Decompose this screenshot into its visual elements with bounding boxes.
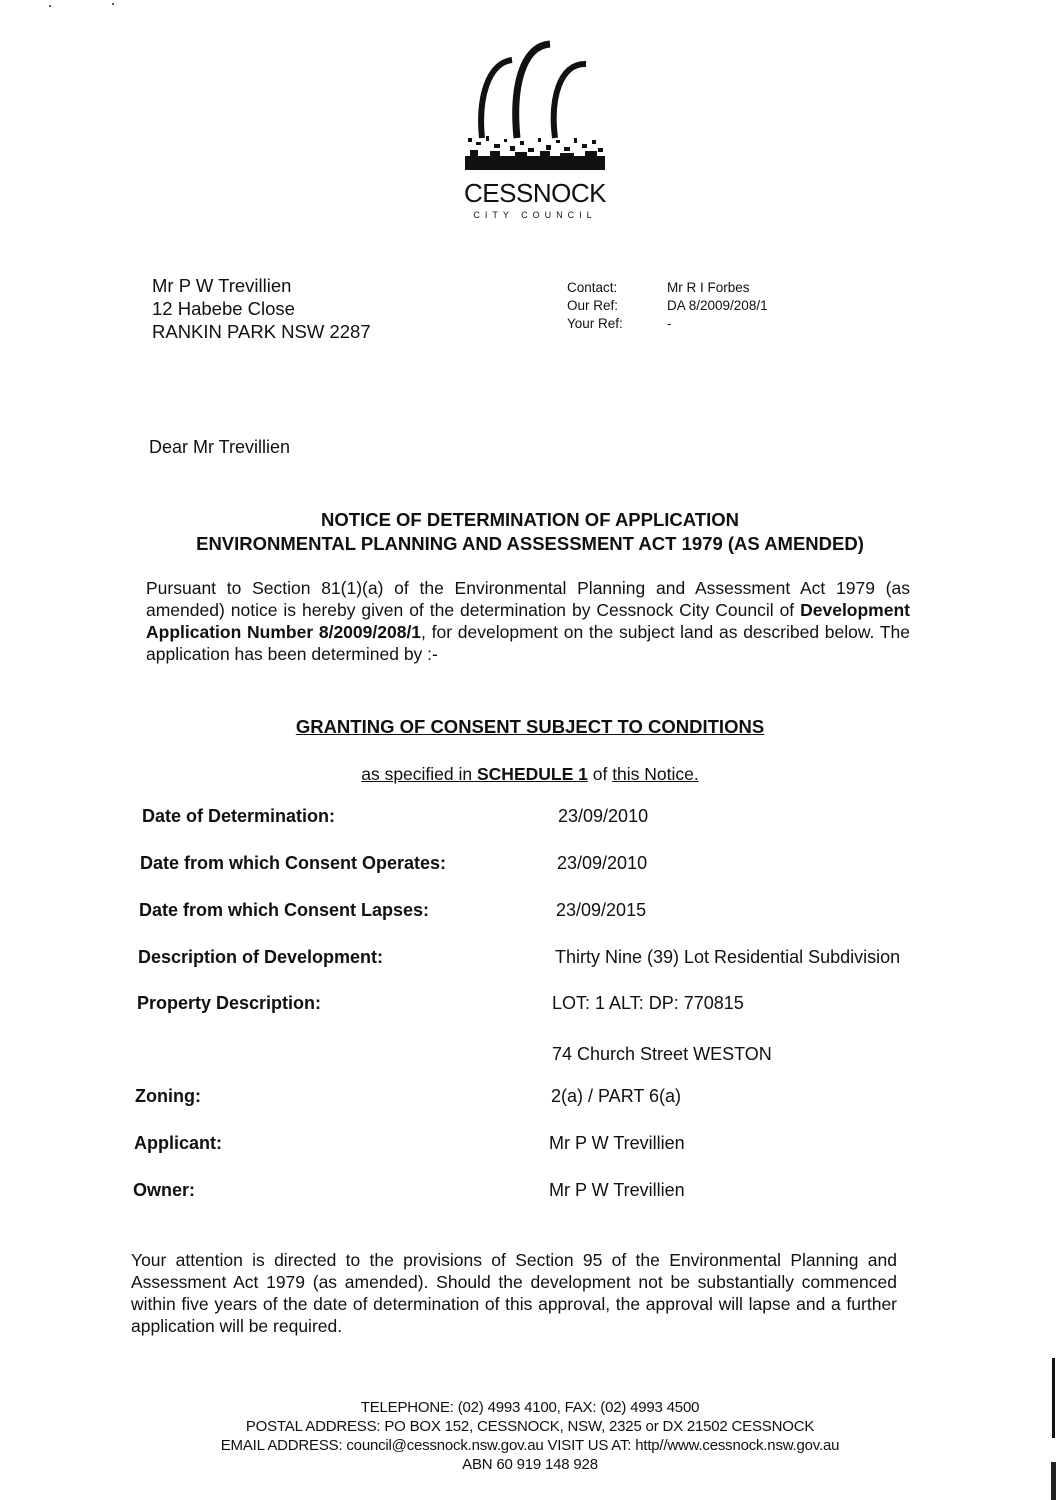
ref-value: DA 8/2009/208/1 <box>667 297 768 315</box>
detail-label: Description of Development: <box>138 947 383 968</box>
lapse-notice: Your attention is directed to the provis… <box>131 1249 897 1337</box>
footer-abn: ABN 60 919 148 928 <box>120 1455 940 1474</box>
detail-label: Property Description: <box>137 993 321 1014</box>
detail-value: 74 Church Street WESTON <box>552 1044 772 1065</box>
detail-label: Date from which Consent Lapses: <box>139 900 429 921</box>
recipient-street: 12 Habebe Close <box>152 297 371 320</box>
salutation: Dear Mr Trevillien <box>149 437 290 458</box>
council-footer: TELEPHONE: (02) 4993 4100, FAX: (02) 499… <box>120 1398 940 1474</box>
detail-label: Date from which Consent Operates: <box>140 853 446 874</box>
detail-value: Mr P W Trevillien <box>549 1180 685 1201</box>
detail-label: Zoning: <box>135 1086 201 1107</box>
ref-our-ref: Our Ref: DA 8/2009/208/1 <box>567 297 768 315</box>
spec-text: as specified in <box>361 764 477 784</box>
reference-block: Contact: Mr R I Forbes Our Ref: DA 8/200… <box>567 279 768 333</box>
detail-value: 23/09/2010 <box>558 806 648 827</box>
ref-label: Our Ref: <box>567 297 667 315</box>
spec-text: of <box>588 764 612 784</box>
schedule-label: SCHEDULE 1 <box>477 764 588 784</box>
footer-web: EMAIL ADDRESS: council@cessnock.nsw.gov.… <box>120 1436 940 1455</box>
detail-value: LOT: 1 ALT: DP: 770815 <box>552 993 744 1014</box>
notice-title: NOTICE OF DETERMINATION OF APPLICATION E… <box>120 508 940 556</box>
scan-edge-mark <box>1051 1462 1056 1500</box>
scan-edge-mark <box>1052 1358 1055 1438</box>
ref-label: Your Ref: <box>567 315 667 333</box>
title-line-1: NOTICE OF DETERMINATION OF APPLICATION <box>120 508 940 532</box>
detail-value: Mr P W Trevillien <box>549 1133 685 1154</box>
spec-text: this Notice. <box>612 764 699 784</box>
determination-heading: GRANTING OF CONSENT SUBJECT TO CONDITION… <box>120 716 940 738</box>
scan-speck <box>112 3 114 5</box>
detail-value: 23/09/2010 <box>557 853 647 874</box>
ref-value: - <box>667 315 672 333</box>
schedule-reference: as specified in SCHEDULE 1 of this Notic… <box>120 764 940 785</box>
logo-subtitle: CITY COUNCIL <box>460 210 610 220</box>
footer-phone: TELEPHONE: (02) 4993 4100, FAX: (02) 499… <box>120 1398 940 1417</box>
title-line-2: ENVIRONMENTAL PLANNING AND ASSESSMENT AC… <box>120 532 940 556</box>
detail-value: 2(a) / PART 6(a) <box>551 1086 681 1107</box>
cessnock-arches-logo-icon <box>460 38 610 178</box>
detail-label: Owner: <box>133 1180 195 1201</box>
footer-postal: POSTAL ADDRESS: PO BOX 152, CESSNOCK, NS… <box>120 1417 940 1436</box>
ref-value: Mr R I Forbes <box>667 279 750 297</box>
detail-value: 23/09/2015 <box>556 900 646 921</box>
intro-paragraph: Pursuant to Section 81(1)(a) of the Envi… <box>146 577 910 665</box>
detail-label: Date of Determination: <box>142 806 335 827</box>
recipient-address: Mr P W Trevillien 12 Habebe Close RANKIN… <box>152 274 371 343</box>
recipient-name: Mr P W Trevillien <box>152 274 371 297</box>
logo-wordmark: CESSNOCK <box>460 178 610 209</box>
intro-text: Pursuant to Section 81(1)(a) of the Envi… <box>146 578 910 620</box>
ref-label: Contact: <box>567 279 667 297</box>
scan-speck <box>49 5 51 7</box>
ref-contact: Contact: Mr R I Forbes <box>567 279 768 297</box>
detail-value: Thirty Nine (39) Lot Residential Subdivi… <box>555 947 900 968</box>
ref-your-ref: Your Ref: - <box>567 315 768 333</box>
recipient-locality: RANKIN PARK NSW 2287 <box>152 320 371 343</box>
detail-label: Applicant: <box>134 1133 222 1154</box>
council-logo: CESSNOCK CITY COUNCIL <box>460 38 610 223</box>
